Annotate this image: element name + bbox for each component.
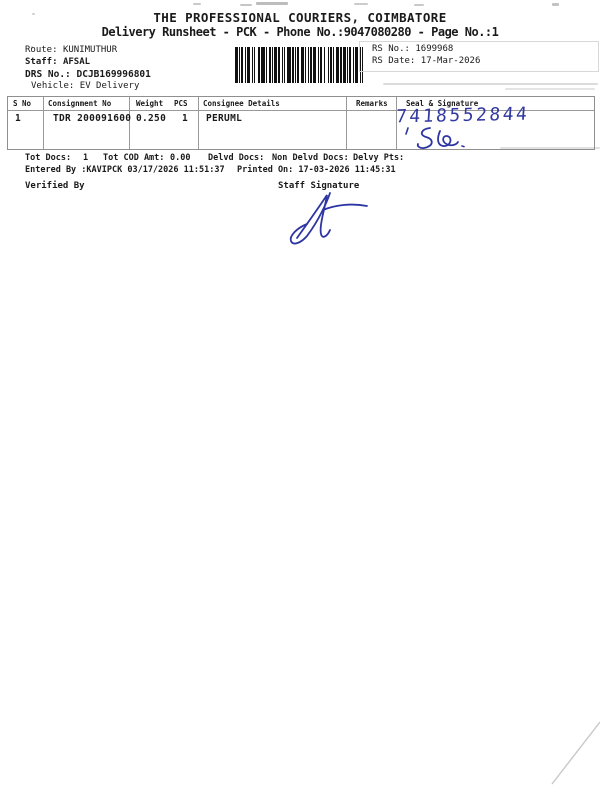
tot-docs-label: Tot Docs:: [25, 153, 71, 163]
rs-no-line: RS No.: 1699968: [372, 44, 453, 54]
staff-signature-scribble: [283, 190, 373, 250]
row-weight: 0.250: [136, 113, 166, 124]
table-divider: [346, 97, 347, 149]
non-delvd-docs-label: Non Delvd Docs:: [272, 153, 349, 163]
scan-streak: [505, 88, 595, 90]
verified-by-label: Verified By: [25, 181, 85, 191]
consignment-table: S No Consignment No Weight PCS Consignee…: [7, 96, 595, 150]
row-pcs: 1: [182, 113, 188, 124]
rs-barcode: [235, 47, 370, 83]
col-header-consignee: Consignee Details: [203, 99, 280, 108]
handwritten-phone-number: 7418552844: [395, 104, 530, 128]
route-value: KUNIMUTHUR: [63, 45, 117, 55]
rs-date-value: 17-Mar-2026: [421, 56, 481, 66]
rs-no-value: 1699968: [415, 44, 453, 54]
seal-signature-scribble: [404, 125, 474, 151]
tot-docs-value: 1: [83, 153, 88, 163]
col-header-remarks: Remarks: [356, 99, 388, 108]
table-divider: [43, 97, 44, 149]
row-consignee: PERUML: [206, 113, 242, 124]
col-header-consignment: Consignment No: [48, 99, 111, 108]
rs-date-label: RS Date:: [372, 56, 415, 66]
scan-smudge: [354, 3, 368, 5]
row-consignment: TDR 200091600: [53, 113, 131, 124]
vehicle-label: Vehicle:: [31, 81, 74, 91]
table-divider: [198, 97, 199, 149]
row-sno: 1: [15, 113, 21, 124]
page-subtitle: Delivery Runsheet - PCK - Phone No.:9047…: [0, 25, 600, 39]
printed-on-line: Printed On: 17-03-2026 11:45:31: [237, 165, 396, 175]
delivery-runsheet-page: THE PROFESSIONAL COURIERS, COIMBATORE De…: [0, 0, 600, 800]
rs-no-label: RS No.:: [372, 44, 410, 54]
scan-smudge: [414, 4, 424, 6]
col-header-pcs: PCS: [174, 99, 188, 108]
col-header-weight: Weight: [136, 99, 163, 108]
scan-smudge: [240, 4, 252, 6]
tot-cod-value: 0.00: [170, 153, 190, 163]
scan-smudge: [193, 3, 201, 5]
page-title: THE PROFESSIONAL COURIERS, COIMBATORE: [0, 10, 600, 25]
delvd-docs-label: Delvd Docs:: [208, 153, 264, 163]
vehicle-line: Vehicle: EV Delivery: [31, 81, 139, 91]
vehicle-value: EV Delivery: [80, 81, 140, 91]
staff-line: Staff: AFSAL: [25, 57, 90, 67]
drs-label: DRS No.:: [25, 69, 71, 80]
staff-label: Staff:: [25, 57, 58, 67]
scan-streak: [383, 83, 598, 85]
col-header-sno: S No: [13, 99, 31, 108]
route-line: Route: KUNIMUTHUR: [25, 45, 117, 55]
drs-line: DRS No.: DCJB169996801: [25, 69, 151, 80]
entered-by-line: Entered By :KAVIPCK 03/17/2026 11:51:37: [25, 165, 225, 175]
rs-date-line: RS Date: 17-Mar-2026: [372, 56, 480, 66]
scan-diagonal-line: [540, 710, 600, 800]
drs-value: DCJB169996801: [77, 69, 151, 80]
staff-value: AFSAL: [63, 57, 90, 67]
scan-smudge: [256, 2, 288, 5]
route-label: Route:: [25, 45, 58, 55]
delvy-pts-label: Delvy Pts:: [353, 153, 404, 163]
scan-smudge: [552, 3, 559, 6]
tot-cod-label: Tot COD Amt:: [103, 153, 164, 163]
